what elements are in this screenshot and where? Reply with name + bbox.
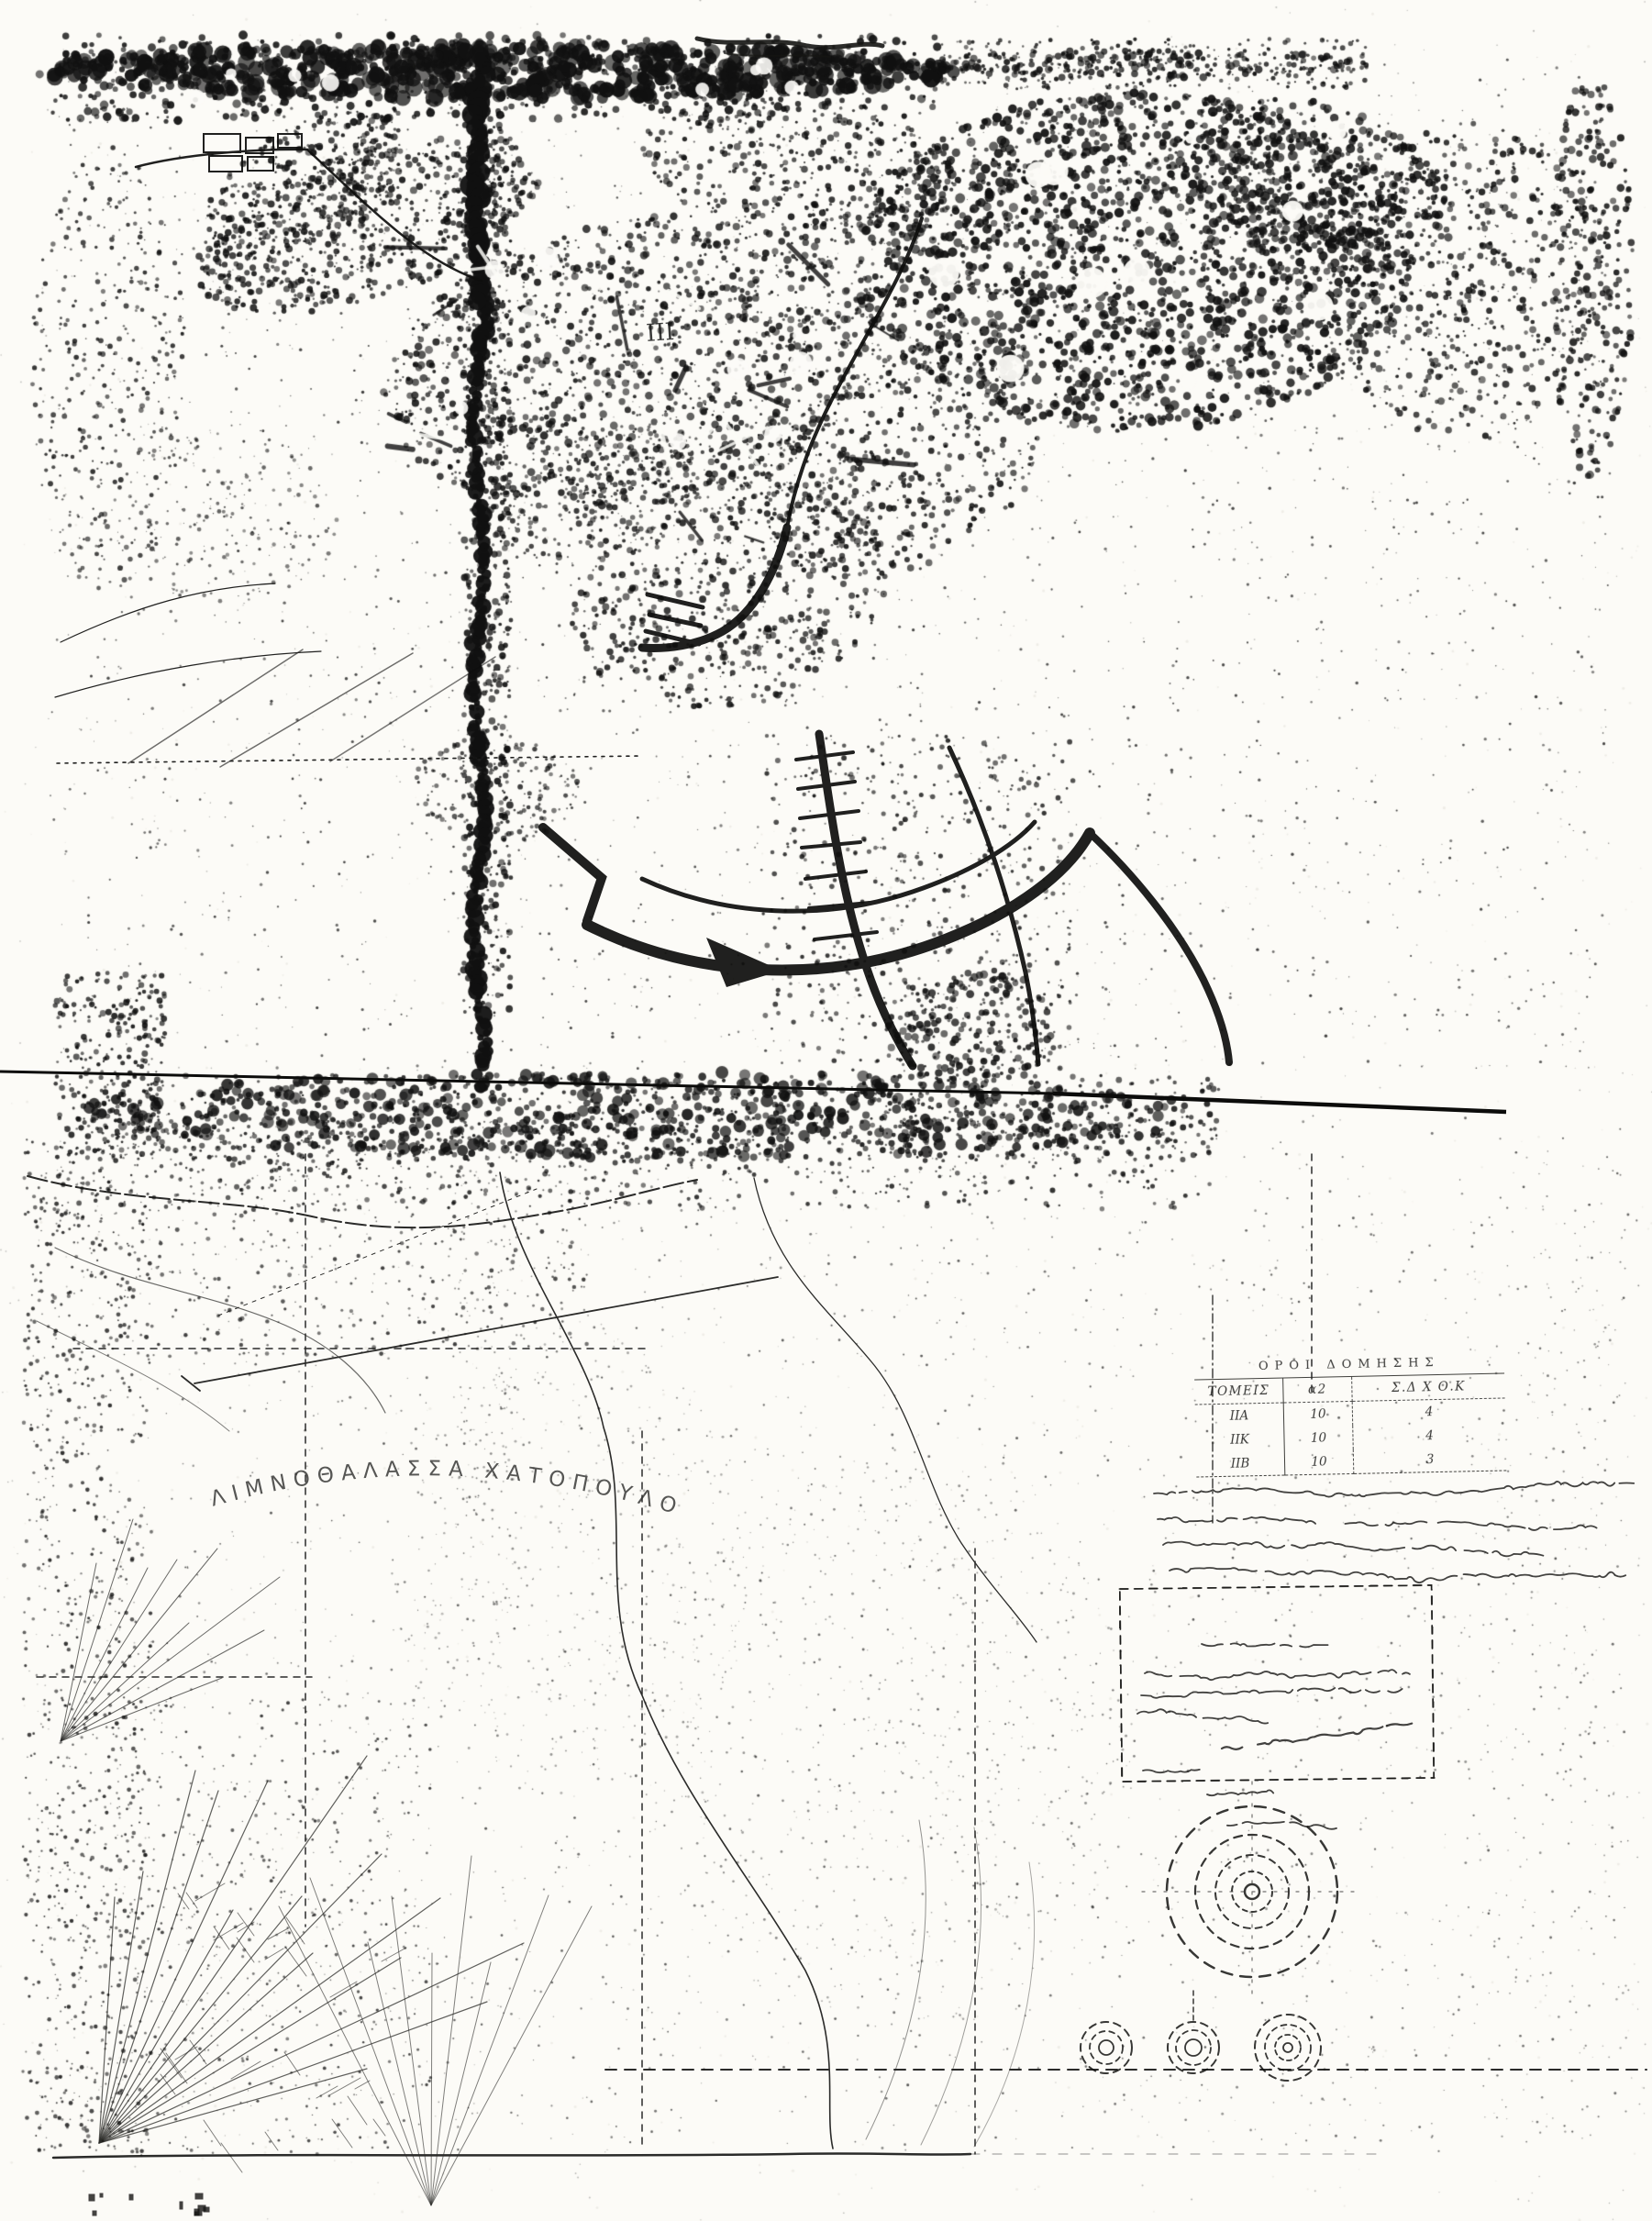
seal-ring xyxy=(1081,2022,1132,2073)
field-fan-line xyxy=(99,1871,143,2143)
handwriting-squiggle xyxy=(1143,1770,1200,1772)
handwriting-squiggle xyxy=(1170,1568,1625,1582)
field-fan-line xyxy=(61,1577,280,1741)
village-block xyxy=(278,134,302,148)
east-shore-curve xyxy=(1090,833,1229,1062)
field-fan-line xyxy=(61,1549,217,1741)
scanned-map-document: III xyxy=(0,0,1652,2221)
handwriting-squiggle xyxy=(1202,1643,1328,1647)
top-margin-scribble xyxy=(697,39,882,48)
coastline-northeast xyxy=(787,218,922,527)
seal-ring xyxy=(1275,2035,1301,2060)
port-rail-curve-2 xyxy=(949,748,1038,1064)
margin-mark xyxy=(195,2193,203,2199)
seal-center xyxy=(1099,2040,1114,2055)
lagoon-shoreline xyxy=(28,1176,697,1227)
handwriting-squiggle xyxy=(1163,1542,1543,1557)
contour-arc xyxy=(974,1862,1035,2147)
scratch-line xyxy=(128,650,303,763)
hatch-stroke xyxy=(382,1948,406,1961)
margin-mark xyxy=(89,2194,94,2201)
upper-city-map: III xyxy=(55,134,1229,1066)
field-fan-line xyxy=(99,1771,195,2143)
seal-ring xyxy=(1090,2031,1123,2064)
village-block xyxy=(248,157,273,171)
sheet-seam xyxy=(0,1072,1506,1112)
map-linework-layer: III xyxy=(0,0,1652,2221)
annex-block xyxy=(89,39,1634,2215)
hatch-stroke xyxy=(221,2143,242,2172)
hatch-stroke xyxy=(204,2120,221,2146)
sheet-bottom-edge xyxy=(53,2153,970,2158)
seal-ring xyxy=(1265,2025,1311,2071)
margin-mark xyxy=(204,2207,209,2212)
contour-arc xyxy=(866,1820,926,2139)
hatch-stroke xyxy=(355,2081,370,2089)
large-seal-circles xyxy=(1142,1782,1362,2002)
hatch-stroke xyxy=(265,2132,278,2150)
handwriting-squiggle xyxy=(1207,1790,1273,1795)
svg-text:ΛΙΜΝΟΘΑΛΑΣΣΑ ΧΑΤΟΠΟΥΛΟΥ: ΛΙΜΝΟΘΑΛΑΣΣΑ ΧΑΤΟΠΟΥΛΟΥ xyxy=(0,0,686,1521)
handwriting-squiggle xyxy=(1222,1724,1412,1749)
field-fan-line xyxy=(431,1962,491,2205)
seal-ring xyxy=(1176,2030,1211,2065)
seal-center xyxy=(1283,2043,1292,2052)
field-boundary xyxy=(55,651,321,697)
stream-meander xyxy=(754,1178,1037,1642)
handwriting-squiggle xyxy=(1137,1709,1268,1723)
hatch-stroke xyxy=(175,2047,197,2060)
field-fan-line xyxy=(279,1906,431,2205)
hatch-stroke xyxy=(237,1938,254,1962)
scratch-line xyxy=(220,653,413,767)
field-fan-line xyxy=(99,1854,382,2143)
village-block xyxy=(204,134,240,152)
seal-center xyxy=(1185,2039,1202,2056)
field-fan-line xyxy=(368,1942,431,2205)
lagoon-name-label: ΛΙΜΝΟΘΑΛΑΣΣΑ ΧΑΤΟΠΟΥΛΟΥ xyxy=(0,0,686,1521)
hatch-stroke xyxy=(329,2078,360,2095)
handwriting-squiggle xyxy=(1145,1670,1410,1680)
harbor-piers xyxy=(646,594,703,644)
small-seal-circles xyxy=(1255,2015,1321,2081)
field-fan-line xyxy=(99,1781,268,2143)
hatch-stroke xyxy=(284,2052,300,2075)
approval-stamp-box xyxy=(1120,1585,1435,1782)
lee-mole xyxy=(543,827,602,921)
field-fan-line xyxy=(99,1897,115,2143)
seam-line-right xyxy=(1053,1094,1506,1112)
field-fan-line xyxy=(99,1756,367,2143)
field-fan-line xyxy=(61,1563,96,1741)
illegible-handwriting-notes xyxy=(1137,1482,1634,1829)
handwriting-squiggle xyxy=(1154,1482,1634,1497)
hatch-stroke xyxy=(348,2096,367,2125)
hatch-stroke xyxy=(195,1883,225,1901)
waterfront-edge xyxy=(642,527,787,648)
margin-mark xyxy=(129,2194,133,2200)
top-margin-scribble-under xyxy=(725,53,830,57)
lagoon-inner-arc xyxy=(37,1321,229,1431)
field-fan-line xyxy=(431,1953,432,2205)
hatch-stroke xyxy=(231,2061,261,2079)
promenade-dotted-line xyxy=(57,756,642,763)
northwest-road xyxy=(136,150,482,281)
field-line-fans xyxy=(61,1519,592,2205)
margin-mark xyxy=(93,2211,96,2215)
village-block xyxy=(209,156,242,172)
field-fan-line xyxy=(99,1958,401,2143)
margin-mark xyxy=(180,2202,183,2209)
small-seal-circles xyxy=(1081,2022,1132,2073)
field-fan-line xyxy=(61,1568,148,1741)
field-fan-line xyxy=(61,1678,222,1741)
bottom-margin-marks xyxy=(89,2193,209,2215)
seam-line-left xyxy=(0,1072,1053,1094)
hatch-stroke xyxy=(286,1917,305,1944)
handwriting-squiggle xyxy=(1227,1822,1336,1829)
handwriting-squiggle xyxy=(1141,1688,1403,1698)
handwriting-squiggle xyxy=(1158,1517,1597,1530)
field-hatch-marks xyxy=(161,1883,406,2172)
hatch-stroke xyxy=(373,2119,385,2136)
contour-arc xyxy=(921,1827,981,2145)
field-fan-line xyxy=(99,1943,524,2143)
margin-mark xyxy=(100,2193,103,2197)
seal-crosshair xyxy=(1142,1782,1362,2002)
field-boundary xyxy=(61,583,275,642)
small-seal-circles xyxy=(1168,1991,1219,2073)
scratch-line xyxy=(330,657,495,761)
field-fan-line xyxy=(392,1896,431,2205)
harbor-pier-solid xyxy=(706,938,782,987)
margin-mark xyxy=(194,2212,202,2215)
field-fan-line xyxy=(431,1906,592,2205)
sector-numeral-label: III xyxy=(645,318,675,348)
lower-plain-map: ΛΙΜΝΟΘΑΛΑΣΣΑ ΧΑΤΟΠΟΥΛΟΥ xyxy=(0,0,1646,2205)
lagoon-inner-arc xyxy=(55,1248,385,1413)
hatch-stroke xyxy=(332,2119,352,2148)
hatch-stroke xyxy=(161,2049,182,2078)
lagoon-name-text: ΛΙΜΝΟΘΑΛΑΣΣΑ ΧΑΤΟΠΟΥΛΟΥ xyxy=(0,0,686,1521)
